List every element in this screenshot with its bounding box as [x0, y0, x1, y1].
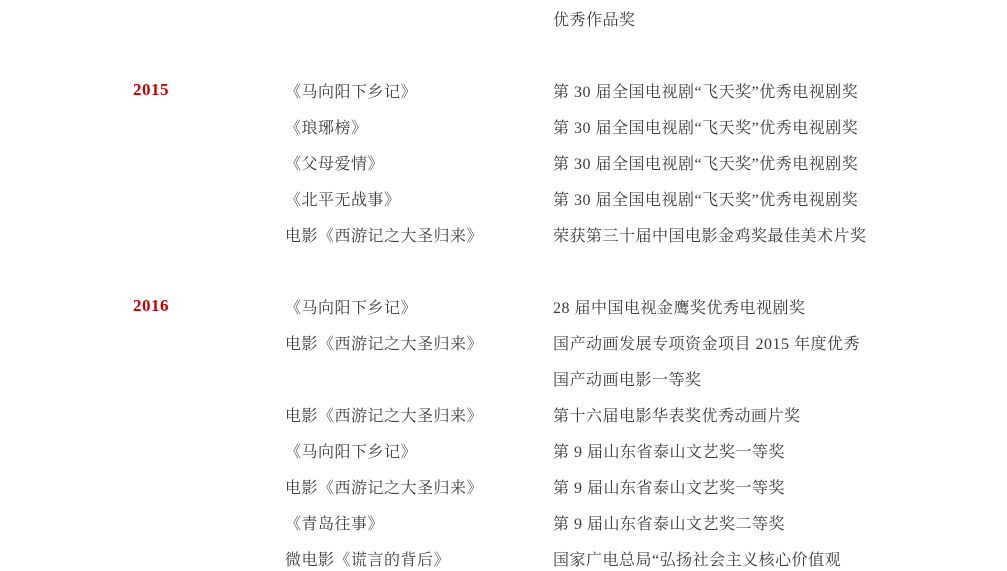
awards-document: 优秀作品奖 2015 《马向阳下乡记》 第 30 届全国电视剧“飞天奖”优秀电视…	[0, 0, 1007, 571]
table-row: 《父母爱情》 第 30 届全国电视剧“飞天奖”优秀电视剧奖	[0, 144, 1007, 180]
award-cell: 国产动画发展专项资金项目 2015 年度优秀	[553, 331, 1007, 354]
work-cell: 《马向阳下乡记》	[285, 439, 553, 462]
work-cell: 电影《西游记之大圣归来》	[285, 331, 553, 354]
table-row: 国产动画电影一等奖	[0, 360, 1007, 396]
work-cell: 《琅琊榜》	[285, 115, 553, 138]
table-row: 《马向阳下乡记》 第 9 届山东省泰山文艺奖一等奖	[0, 432, 1007, 468]
table-row: 电影《西游记之大圣归来》 第十六届电影华表奖优秀动画片奖	[0, 396, 1007, 432]
table-row: 2015 《马向阳下乡记》 第 30 届全国电视剧“飞天奖”优秀电视剧奖	[0, 72, 1007, 108]
award-cell: 荣获第三十届中国电影金鸡奖最佳美术片奖	[553, 223, 1007, 246]
award-cell: 第 9 届山东省泰山文艺奖二等奖	[553, 511, 1007, 534]
work-cell: 微电影《谎言的背后》	[285, 547, 553, 570]
award-cell: 第 9 届山东省泰山文艺奖一等奖	[553, 439, 1007, 462]
award-cell: 第 30 届全国电视剧“飞天奖”优秀电视剧奖	[553, 79, 1007, 102]
award-cell: 优秀作品奖	[553, 7, 1007, 30]
award-cell: 第十六届电影华表奖优秀动画片奖	[553, 403, 1007, 426]
award-cell: 国家广电总局“弘扬社会主义核心价值观	[553, 547, 1007, 570]
work-cell: 《马向阳下乡记》	[285, 295, 553, 318]
spacer-row	[0, 252, 1007, 288]
year-cell: 2016	[133, 296, 285, 316]
table-row: 《琅琊榜》 第 30 届全国电视剧“飞天奖”优秀电视剧奖	[0, 108, 1007, 144]
table-row: 微电影《谎言的背后》 国家广电总局“弘扬社会主义核心价值观	[0, 540, 1007, 571]
work-cell: 《马向阳下乡记》	[285, 79, 553, 102]
table-row: 电影《西游记之大圣归来》 国产动画发展专项资金项目 2015 年度优秀	[0, 324, 1007, 360]
work-cell: 《北平无战事》	[285, 187, 553, 210]
table-row: 电影《西游记之大圣归来》 荣获第三十届中国电影金鸡奖最佳美术片奖	[0, 216, 1007, 252]
work-cell: 《青岛往事》	[285, 511, 553, 534]
work-cell: 《父母爱情》	[285, 151, 553, 174]
table-row: 电影《西游记之大圣归来》 第 9 届山东省泰山文艺奖一等奖	[0, 468, 1007, 504]
award-cell: 28 届中国电视金鹰奖优秀电视剧奖	[553, 295, 1007, 318]
table-row: 《北平无战事》 第 30 届全国电视剧“飞天奖”优秀电视剧奖	[0, 180, 1007, 216]
year-cell: 2015	[133, 80, 285, 100]
work-cell: 电影《西游记之大圣归来》	[285, 223, 553, 246]
award-cell: 第 30 届全国电视剧“飞天奖”优秀电视剧奖	[553, 115, 1007, 138]
work-cell: 电影《西游记之大圣归来》	[285, 475, 553, 498]
award-cell: 第 30 届全国电视剧“飞天奖”优秀电视剧奖	[553, 187, 1007, 210]
award-cell: 国产动画电影一等奖	[553, 367, 1007, 390]
table-row: 优秀作品奖	[0, 0, 1007, 36]
spacer-row	[0, 36, 1007, 72]
work-cell: 电影《西游记之大圣归来》	[285, 403, 553, 426]
table-row: 2016 《马向阳下乡记》 28 届中国电视金鹰奖优秀电视剧奖	[0, 288, 1007, 324]
table-row: 《青岛往事》 第 9 届山东省泰山文艺奖二等奖	[0, 504, 1007, 540]
award-cell: 第 9 届山东省泰山文艺奖一等奖	[553, 475, 1007, 498]
award-cell: 第 30 届全国电视剧“飞天奖”优秀电视剧奖	[553, 151, 1007, 174]
